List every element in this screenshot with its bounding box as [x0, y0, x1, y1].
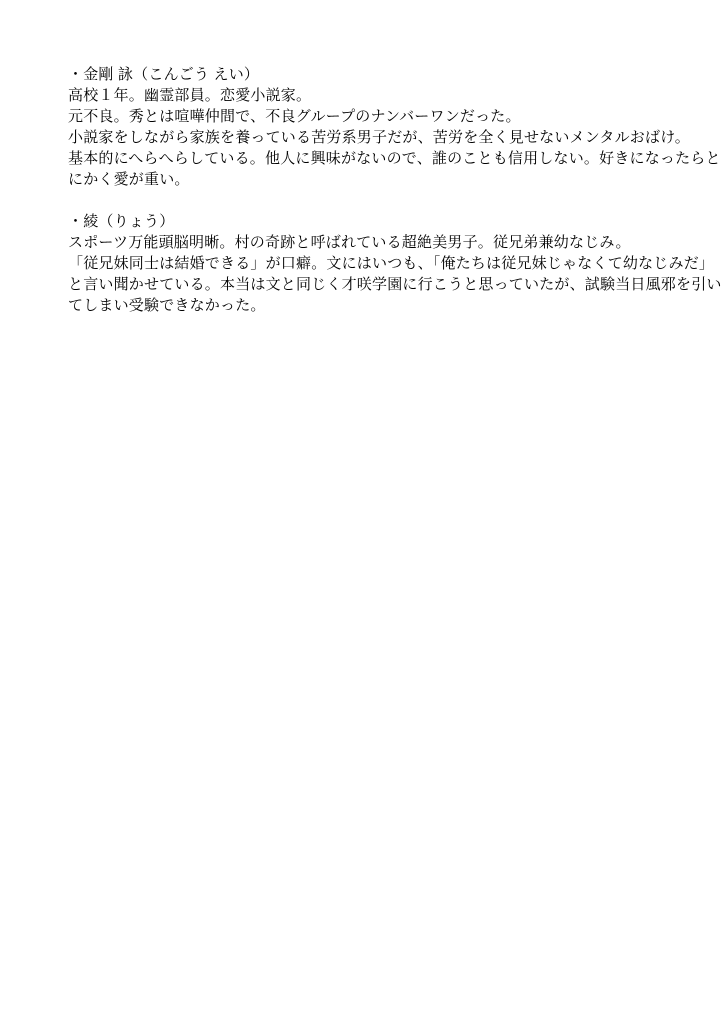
profile-text-line: と言い聞かせている。本当は文と同じく才咲学園に行こうと思っていたが、試験当日風邪… — [68, 274, 666, 295]
profile-text-line: スポーツ万能頭脳明晰。村の奇跡と呼ばれている超絶美男子。従兄弟兼幼なじみ。 — [68, 232, 666, 253]
profile-text-line: にかく愛が重い。 — [68, 169, 666, 190]
character-profile-kongou-ei: ・金剛 詠（こんごう えい） 高校１年。幽霊部員。恋愛小説家。 元不良。秀とは喧… — [68, 64, 666, 190]
document-page: ・金剛 詠（こんごう えい） 高校１年。幽霊部員。恋愛小説家。 元不良。秀とは喧… — [0, 0, 724, 1024]
profile-text-line: 小説家をしながら家族を養っている苦労系男子だが、苦労を全く見せないメンタルおばけ… — [68, 127, 666, 148]
document-content: ・金剛 詠（こんごう えい） 高校１年。幽霊部員。恋愛小説家。 元不良。秀とは喧… — [68, 64, 666, 316]
character-name-heading: ・綾（りょう） — [68, 211, 666, 232]
profile-text-line: 基本的にへらへらしている。他人に興味がないので、誰のことも信用しない。好きになっ… — [68, 148, 666, 169]
profile-text-line: 「従兄妹同士は結婚できる」が口癖。文にはいつも、「俺たちは従兄妹じゃなくて幼なじ… — [68, 253, 666, 274]
profile-text-line: 高校１年。幽霊部員。恋愛小説家。 — [68, 85, 666, 106]
character-profile-ryou: ・綾（りょう） スポーツ万能頭脳明晰。村の奇跡と呼ばれている超絶美男子。従兄弟兼… — [68, 211, 666, 316]
character-name-heading: ・金剛 詠（こんごう えい） — [68, 64, 666, 85]
profile-text-line: 元不良。秀とは喧嘩仲間で、不良グループのナンバーワンだった。 — [68, 106, 666, 127]
profile-text-line: てしまい受験できなかった。 — [68, 295, 666, 316]
